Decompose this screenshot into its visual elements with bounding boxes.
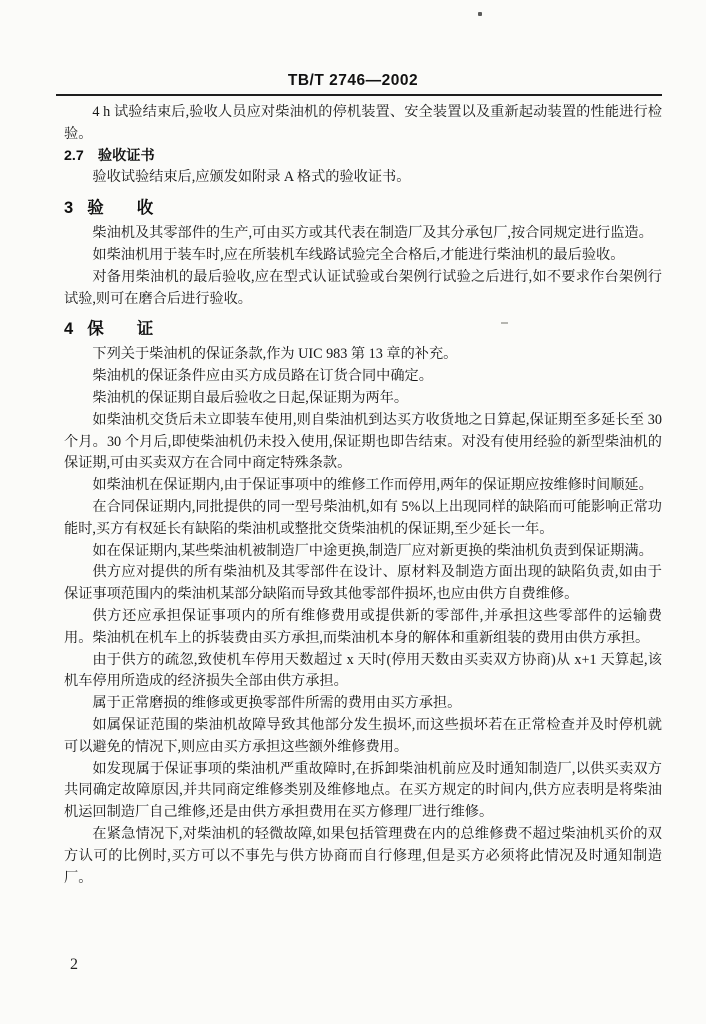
paragraph-avoidable-damage: 如属保证范围的柴油机故障导致其他部分发生损坏,而这些损坏若在正常检查并及时停机就… [64, 715, 662, 759]
document-body: 4 h 试验结束后,验收人员应对柴油机的停机装置、安全装置以及重新起动装置的性能… [64, 102, 662, 889]
paragraph-certificate: 验收试验结束后,应颁发如附录 A 格式的验收证书。 [64, 167, 662, 189]
section-title: 验 收 [87, 199, 153, 217]
paragraph-downtime-losses: 由于供方的疏忽,致使机车停用天数超过 x 天时(停用天数由买卖双方协商)从 x+… [64, 650, 662, 694]
paragraph-repair-costs: 供方还应承担保证事项内的所有维修费用或提供新的零部件,并承担这些零部件的运输费用… [64, 606, 662, 650]
section-number: 4 [64, 320, 73, 338]
paragraph-supplier-defect-responsibility: 供方应对提供的所有柴油机及其零部件在设计、原材料及制造方面出现的缺陷负责,如由于… [64, 562, 662, 606]
paragraph-warranty-conditions: 柴油机的保证条件应由买方成员路在订货合同中确定。 [64, 366, 662, 388]
scan-speck [478, 12, 482, 16]
paragraph-warranty-two-years: 柴油机的保证期自最后验收之日起,保证期为两年。 [64, 388, 662, 410]
page-number: 2 [70, 956, 78, 974]
paragraph-test-end-check: 4 h 试验结束后,验收人员应对柴油机的停机装置、安全装置以及重新起动装置的性能… [64, 102, 662, 146]
paragraph-production-supervision: 柴油机及其零部件的生产,可由买方或其代表在制造厂及其分承包厂,按合同规定进行监造… [64, 223, 662, 245]
paragraph-warranty-postponed: 如柴油机在保证期内,由于保证事项中的维修工作而停用,两年的保证期应按维修时间顺延… [64, 475, 662, 497]
section-number: 3 [64, 199, 73, 217]
paragraph-uic-983-supplement: 下列关于柴油机的保证条款,作为 UIC 983 第 13 章的补充。 [64, 344, 662, 366]
paragraph-replaced-engines: 如在保证期内,某些柴油机被制造厂中途更换,制造厂应对新更换的柴油机负责到保证期满… [64, 541, 662, 563]
section-title: 保 证 [87, 320, 153, 338]
paragraph-spare-engine-acceptance: 对备用柴油机的最后验收,应在型式认证试验或台架例行试验之后进行,如不要求作台架例… [64, 267, 662, 311]
header-rule [56, 94, 662, 96]
clause-heading-2-7: 2.7 验收证书 [64, 146, 662, 168]
section-heading-3-acceptance: 3验 收 [64, 196, 662, 220]
paragraph-five-percent-defect: 在合同保证期内,同批提供的同一型号柴油机,如有 5%以上出现同样的缺陷而可能影响… [64, 497, 662, 541]
paragraph-serious-failure-notification: 如发现属于保证事项的柴油机严重故障时,在拆卸柴油机前应及时通知制造厂,以供买卖双… [64, 759, 662, 824]
paragraph-locomotive-line-test: 如柴油机用于装车时,应在所装机车线路试验完全合格后,才能进行柴油机的最后验收。 [64, 245, 662, 267]
standard-number: TB/T 2746—2002 [0, 72, 706, 90]
paragraph-emergency-minor-repair: 在紧急情况下,对柴油机的轻微故障,如果包括管理费在内的总维修费不超过柴油机买价的… [64, 824, 662, 889]
paragraph-normal-wear: 属于正常磨损的维修或更换零部件所需的费用由买方承担。 [64, 693, 662, 715]
paragraph-warranty-extension-30-months: 如柴油机交货后未立即装车使用,则自柴油机到达买方收货地之日算起,保证期至多延长至… [64, 410, 662, 475]
section-heading-4-warranty: 4保 证 [64, 317, 662, 341]
